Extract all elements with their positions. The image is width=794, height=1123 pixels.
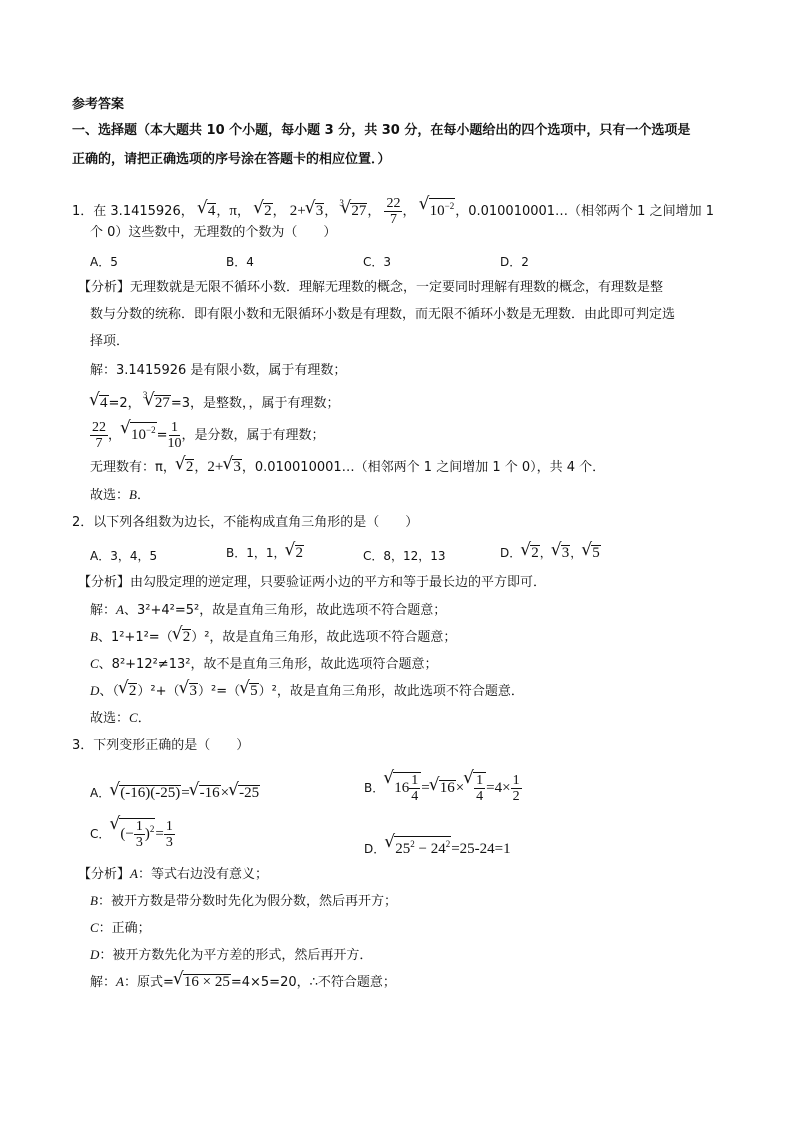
q3-option-d: D．252 − 242=25-24=1 — [364, 836, 511, 858]
q2-option-d: D．2，3，5 — [500, 544, 601, 562]
q1-stem-line2: 个 0）这些数中，无理数的个数为（ ） — [90, 224, 336, 242]
q2-answer: 故选：C． — [90, 709, 151, 728]
q1-option-d: D．2 — [500, 253, 529, 271]
answer-heading: 参考答案 — [72, 96, 124, 114]
q1-solution-4: 无理数有：π，2，2+3，0.010010001…（相邻两个 1 之间增加 1 … — [90, 458, 605, 477]
q1-option-c: C．3 — [363, 253, 391, 271]
q3-option-a: A．(-16)(-25)=-16×-25 — [90, 784, 260, 802]
sqrt-4: 4 — [198, 202, 217, 220]
document-page: 参考答案 一、选择题（本大题共 10 个小题，每小题 3 分，共 30 分，在每… — [0, 0, 794, 1123]
q1-analysis-1: 【分析】无理数就是无限不循环小数．理解无理数的概念，一定要同时理解有理数的概念，… — [78, 279, 663, 297]
q2-stem: 2．以下列各组数为边长，不能构成直角三角形的是（ ） — [72, 514, 418, 532]
q1-stem: 1．在 3.1415926， 4，π， 2， 2+3， 327， 227， 10… — [72, 196, 714, 227]
q1-solution-3: 227，10−2=110，是分数，属于有理数； — [90, 420, 325, 451]
q3-option-c: C．(−13)2=13 — [90, 818, 175, 850]
q3-solution-a: 解：A：原式=16 × 25=4×5=20，∴不符合题意； — [90, 973, 396, 992]
q2-analysis: 【分析】由勾股定理的逆定理，只要验证两小边的平方和等于最长边的平方即可． — [78, 574, 546, 592]
q2-solution-a: 解：A、3²+4²=5²，故是直角三角形，故此选项不符合题意； — [90, 601, 446, 620]
q1-analysis-3: 择项． — [90, 333, 129, 351]
q1-solution-2: 4=2， 327=3，是整数，，属于有理数； — [90, 394, 339, 413]
q2-solution-c: C、8²+12²≠13²，故不是直角三角形，故此选项符合题意； — [90, 655, 437, 674]
q3-analysis-c: C：正确； — [90, 919, 151, 938]
section-title-line1: 一、选择题（本大题共 10 个小题，每小题 3 分，共 30 分，在每小题给出的… — [72, 122, 690, 140]
section-title-line2: 正确的，请把正确选项的序号涂在答题卡的相应位置．） — [72, 151, 391, 169]
fraction-22-7: 227 — [384, 196, 402, 227]
q2-option-a: A．3，4，5 — [90, 547, 157, 565]
q3-stem: 3．下列变形正确的是（ ） — [72, 737, 249, 755]
q2-solution-d: D、（2）²+（3）²=（5）²，故是直角三角形，故此选项不符合题意． — [90, 682, 524, 701]
q2-option-c: C．8，12，13 — [363, 547, 446, 565]
q3-option-b: B．1614=16×14=4×12 — [364, 772, 522, 804]
q3-analysis-b: B：被开方数是带分数时先化为假分数，然后再开方； — [90, 892, 397, 911]
q2-solution-b: B、1²+1²=（2）²，故是直角三角形，故此选项不符合题意； — [90, 628, 456, 647]
q2-option-b: B．1，1，2 — [226, 544, 304, 562]
q1-option-b: B．4 — [226, 253, 254, 271]
q1-solution-1: 解：3.1415926 是有限小数，属于有理数； — [90, 362, 346, 380]
q3-analysis-a: 【分析】A：等式右边没有意义； — [78, 865, 268, 884]
q1-option-a: A．5 — [90, 253, 118, 271]
q1-analysis-2: 数与分数的统称．即有限小数和无限循环小数是有理数，而无限不循环小数是无理数．由此… — [90, 306, 675, 324]
q1-answer: 故选：B． — [90, 486, 150, 505]
q3-analysis-d: D：被开方数先化为平方差的形式，然后再开方． — [90, 946, 372, 965]
